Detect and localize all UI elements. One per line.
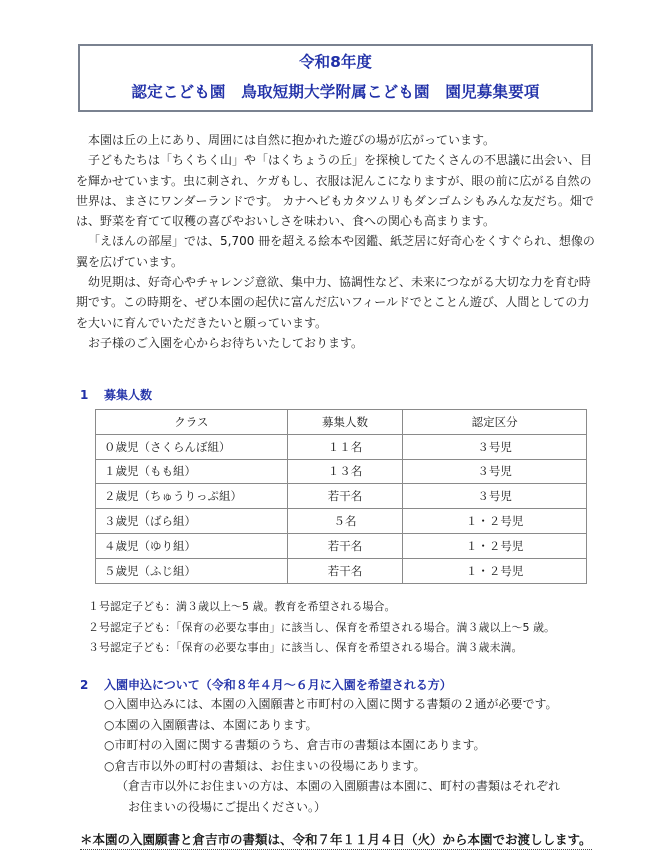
intro-paragraph: 子どもたちは「ちくちく山」や「はくちょうの丘」を探検してたくさんの不思議に出会い… — [76, 150, 598, 231]
section-title: 募集人数 — [104, 388, 152, 402]
table-row: １歳児（もも組） １３名 ３号児 — [96, 459, 587, 484]
cell-count: １３名 — [287, 459, 403, 484]
intro-paragraph: お子様のご入園を心からお待ちいたしております。 — [76, 333, 598, 353]
certification-notes: １号認定子ども：満３歳以上～5 歳。教育を希望される場合。 ２号認定子ども：「保… — [88, 597, 555, 659]
column-header-count: 募集人数 — [287, 410, 403, 435]
title-year: 令和8年度 — [80, 50, 591, 72]
section-heading-recruitment: 1募集人数 — [80, 386, 152, 403]
table-row: ２歳児（ちゅうりっぷ組） 若干名 ３号児 — [96, 484, 587, 509]
cell-certification: １・２号児 — [403, 509, 587, 534]
cell-certification: １・２号児 — [403, 533, 587, 558]
cell-certification: ３号児 — [403, 484, 587, 509]
list-item: ○市町村の入園に関する書類のうち、倉吉市の書類は本園にあります。 — [104, 735, 560, 756]
cell-certification: ３号児 — [403, 459, 587, 484]
cell-count: 若干名 — [287, 558, 403, 583]
list-item: ○倉吉市以外の町村の書類は、お住まいの役場にあります。 — [104, 756, 560, 777]
cell-count: 若干名 — [287, 533, 403, 558]
intro-paragraph: 「えほんの部屋」では、5,700 冊を超える絵本や図鑑、紙芝居に好奇心をくすぐら… — [76, 231, 598, 272]
table-row: ３歳児（ばら組） ５名 １・２号児 — [96, 509, 587, 534]
application-list: ○入園申込みには、本園の入園願書と市町村の入園に関する書類の２通が必要です。 ○… — [104, 694, 560, 817]
cell-class: ０歳児（さくらんぼ組） — [96, 434, 288, 459]
table-row: ４歳児（ゆり組） 若干名 １・２号児 — [96, 533, 587, 558]
recruitment-table: クラス 募集人数 認定区分 ０歳児（さくらんぼ組） １１名 ３号児 １歳児（もも… — [95, 409, 587, 584]
column-header-certification: 認定区分 — [403, 410, 587, 435]
cell-count: 若干名 — [287, 484, 403, 509]
intro-paragraph: 本園は丘の上にあり、周囲には自然に抱かれた遊びの場が広がっています。 — [76, 130, 598, 150]
table-header-row: クラス 募集人数 認定区分 — [96, 410, 587, 435]
note-type1: １号認定子ども：満３歳以上～5 歳。教育を希望される場合。 — [88, 597, 555, 618]
intro-text: 本園は丘の上にあり、周囲には自然に抱かれた遊びの場が広がっています。 子どもたち… — [76, 130, 598, 353]
cell-class: ２歳児（ちゅうりっぷ組） — [96, 484, 288, 509]
section-heading-application: 2入園申込について（令和８年４月～６月に入園を希望される方） — [80, 676, 452, 693]
note-type2: ２号認定子ども：「保育の必要な事由」に該当し、保育を希望される場合。満３歳以上～… — [88, 618, 555, 639]
list-item: ○入園申込みには、本園の入園願書と市町村の入園に関する書類の２通が必要です。 — [104, 694, 560, 715]
section-number: 1 — [80, 388, 104, 402]
cell-class: １歳児（もも組） — [96, 459, 288, 484]
list-item-note: お住まいの役場にご提出ください。） — [104, 797, 560, 818]
cell-count: １１名 — [287, 434, 403, 459]
table-row: ０歳児（さくらんぼ組） １１名 ３号児 — [96, 434, 587, 459]
title-box: 令和8年度 認定こども園 鳥取短期大学附属こども園 園児募集要項 — [78, 44, 593, 112]
cell-count: ５名 — [287, 509, 403, 534]
cell-class: ４歳児（ゆり組） — [96, 533, 288, 558]
cell-class: ３歳児（ばら組） — [96, 509, 288, 534]
cell-certification: ３号児 — [403, 434, 587, 459]
column-header-class: クラス — [96, 410, 288, 435]
list-item: ○本園の入園願書は、本園にあります。 — [104, 715, 560, 736]
cell-certification: １・２号児 — [403, 558, 587, 583]
note-type3: ３号認定子ども：「保育の必要な事由」に該当し、保育を希望される場合。満３歳未満。 — [88, 638, 555, 659]
page-title: 認定こども園 鳥取短期大学附属こども園 園児募集要項 — [80, 80, 591, 102]
cell-class: ５歳児（ふじ組） — [96, 558, 288, 583]
table-row: ５歳児（ふじ組） 若干名 １・２号児 — [96, 558, 587, 583]
intro-paragraph: 幼児期は、好奇心やチャレンジ意欲、集中力、協調性など、未来につながる大切な力を育… — [76, 272, 598, 333]
section-number: 2 — [80, 678, 104, 692]
list-item-note: （倉吉市以外にお住まいの方は、本園の入園願書は本園に、町村の書類はそれぞれ — [104, 776, 560, 797]
distribution-notice: ＊本園の入園願書と倉吉市の書類は、令和７年１１月４日（火）から本園でお渡しします… — [80, 830, 592, 850]
section-title: 入園申込について（令和８年４月～６月に入園を希望される方） — [104, 678, 452, 692]
